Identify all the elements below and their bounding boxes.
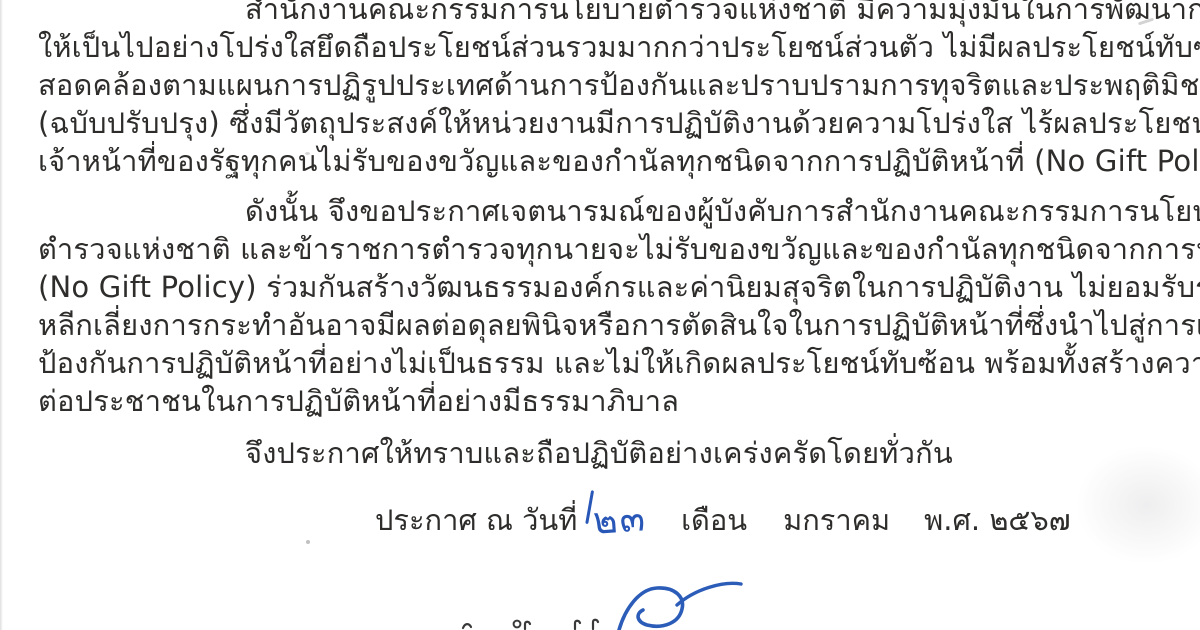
scan-speck [306,540,310,544]
clipped-glyph-tips [455,612,625,630]
scanned-document-page: สำนักงานคณะกรรมการนโยบายตำรวจแห่งชาติ มี… [0,0,1200,630]
announcement-date-line: ประกาศ ณ วันที่๒๓เดือนมกราคมพ.ศ. ๒๕๖๗ [38,498,1168,538]
paragraph-line: สอดคล้องตามแผนการปฏิรูปประเทศด้านการป้อง… [38,66,1168,104]
handwritten-day-number: ๒๓ [592,498,648,542]
date-prefix-label: ประกาศ ณ วันที่ [375,503,577,537]
paragraph-line: (ฉบับปรับปรุง) ซึ่งมีวัตถุประสงค์ให้หน่ว… [38,104,1168,142]
paragraph-line: สำนักงานคณะกรรมการนโยบายตำรวจแห่งชาติ มี… [38,0,1168,28]
scan-bleedthrough-artifact [1075,445,1200,565]
paragraph-line: หลีกเลี่ยงการกระทำอันอาจมีผลต่อดุลยพินิจ… [38,306,1168,344]
paragraph-line: ป้องกันการปฏิบัติหน้าที่อย่างไม่เป็นธรรม… [38,344,1168,382]
month-label: เดือน [681,503,747,537]
paragraph-line: ต่อประชาชนในการปฏิบัติหน้าที่อย่างมีธรรม… [38,382,1168,420]
paragraph-line: เจ้าหน้าที่ของรัฐทุกคนไม่รับของขวัญและขอ… [38,142,1168,180]
document-body: สำนักงานคณะกรรมการนโยบายตำรวจแห่งชาติ มี… [38,0,1168,538]
paragraph-line: ตำรวจแห่งชาติ และข้าราชการตำรวจทุกนายจะไ… [38,230,1168,268]
paragraph-line: ให้เป็นไปอย่างโปร่งใสยึดถือประโยชน์ส่วนร… [38,28,1168,66]
handwritten-day-text: ๒๓ [592,496,649,543]
paragraph-line: ดังนั้น จึงขอประกาศเจตนารมณ์ของผู้บังคับ… [38,192,1168,230]
closing-statement-line: จึงประกาศให้ทราบและถือปฏิบัติอย่างเคร่งค… [38,434,1168,472]
page-scan-edge [0,0,3,630]
scan-speck [305,152,310,155]
paragraph-line: (No Gift Policy) ร่วมกันสร้างวัฒนธรรมองค… [38,268,1168,306]
month-value: มกราคม [783,503,890,537]
buddhist-year-value: พ.ศ. ๒๕๖๗ [924,503,1070,537]
